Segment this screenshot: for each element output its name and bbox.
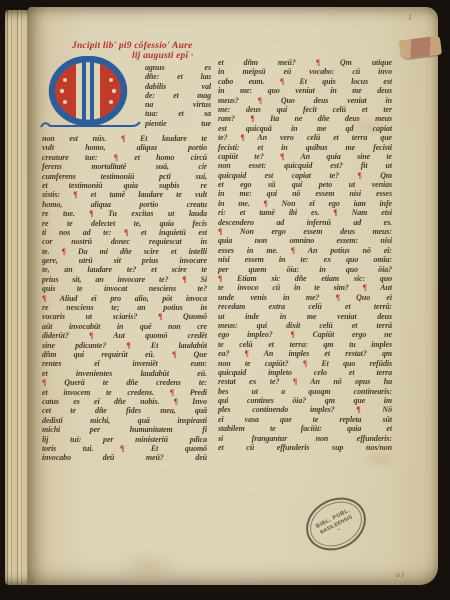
text-line: et testimoniū quia supbis re <box>42 181 207 190</box>
text-line: toris tui. ¶ Et quomō <box>42 444 207 453</box>
text-column-left: non est nūs. ¶ Et laudare tevult homo, a… <box>42 134 207 463</box>
text-line: te, an laudare te? et scire te <box>42 265 207 274</box>
text-line: et dñm meū? ¶ Qm utique <box>218 58 392 67</box>
parchment-page: 1 Jncipit lib' pi9 cōfessio' Aure lij au… <box>28 7 438 585</box>
quire-signature: a1 <box>396 570 406 579</box>
text-line: capiūt te? ¶ An quia sine te <box>218 152 392 161</box>
text-line: re tue. ¶ Tu excitas ut lauda <box>42 209 207 218</box>
text-line: re te delectet te, quia fecis <box>42 219 207 228</box>
text-line: ea? ¶ An imples et restat? qm <box>218 349 392 358</box>
text-line: in me: quo veniat in me deus <box>218 86 392 95</box>
text-line: michi per humanitatem fi <box>42 425 207 434</box>
text-line: catus es eī dñe nobis. ¶ Invo <box>42 397 207 406</box>
text-line: per quem ōia: in quo ōia? <box>218 265 392 274</box>
text-line: et invocem te credens. ¶ Predi <box>42 388 207 397</box>
text-line: eī vasa que te repleta sūt <box>218 415 392 424</box>
text-line: diderūt? ¶ Aut quomō credēt <box>42 331 207 340</box>
text-line: quicquid impleto celo et terra <box>218 368 392 377</box>
text-line: re nesciens te; an potius in <box>42 303 207 312</box>
text-line: aūt invocabūt in quē non cre <box>42 322 207 331</box>
text-line: dñe: et lau <box>145 72 211 81</box>
text-line: non esset: quicquid est? fit ut <box>218 161 392 170</box>
text-line: pientie tue <box>145 119 211 128</box>
text-line: cor nostrū donec requiescat in <box>42 237 207 246</box>
text-line: non te capiūt? ¶ Et quo refūdis <box>218 359 392 368</box>
text-line: ¶ Aliud eī pro alio, pōt invoca <box>42 294 207 303</box>
text-line: de: et mag <box>145 91 211 100</box>
text-line: bes ut a quoqm continearis: <box>218 387 392 396</box>
text-line: est quicquā in me qd capiat <box>218 124 392 133</box>
text-line: creature tue: ¶ et homo circū <box>42 153 207 162</box>
text-line: na virtus <box>145 100 211 109</box>
text-line: et cū effunderis sup nos/non <box>218 443 392 452</box>
text-line: invocabo deū meū? deū <box>42 453 207 462</box>
text-line: dedisti michi, quā inspirasti <box>42 416 207 425</box>
text-line: agnus es <box>145 63 211 72</box>
text-line: stabilem te faciūt: quia et <box>218 424 392 433</box>
text-line: te invoco cū in te sim? ¶ Aut <box>218 283 392 292</box>
text-line: homo, aliqua portio creatu <box>42 200 207 209</box>
text-line: ¶ Querā te dñe credens te: <box>42 378 207 387</box>
text-line: descendero ad infernū ad es. <box>218 218 392 227</box>
text-line: te celū et terra: qm tu imples <box>218 340 392 349</box>
text-line: meus? ¶ Quo deus veniat in <box>218 96 392 105</box>
text-line: quia non omnino essem: nisi <box>218 236 392 245</box>
text-line: ples continendo imples? ¶ Nō <box>218 405 392 414</box>
rubric-line-1: Jncipit lib' pi9 cōfessio' Aure <box>72 41 192 51</box>
text-line: ¶ Etiam sic dñe etiam sic: quo <box>218 274 392 283</box>
text-line: in me. ¶ Non eī ego iam infe <box>218 199 392 208</box>
text-line: et ego sū qui peto ut venias <box>218 180 392 189</box>
text-line: dñm qui requirūt eū. ¶ Que <box>42 350 207 359</box>
text-line: quicquid est capiat te? ¶ Qm <box>218 171 392 180</box>
text-line: ego impleo? ¶ Capiūt ergo ne <box>218 330 392 339</box>
text-line: te? ¶ An vero celū et terra que <box>218 133 392 142</box>
library-stamp: BIBL. PUBL. BASILEENSIS ~ <box>297 488 375 561</box>
text-line: meus: qui dixit celū et terrā <box>218 321 392 330</box>
text-column-left-indent: agnus esdñe: et laudabilis valde: et mag… <box>145 63 211 128</box>
text-line: ut inde in me veniat deus <box>218 312 392 321</box>
text-line: tua: et sa <box>145 109 211 118</box>
text-line: ri: et tamē ibi es. ¶ Nam etsi <box>218 208 392 217</box>
text-line: nisi essem in te: ex quo omīa: <box>218 255 392 264</box>
text-line: sistis: ¶ et tamē laudare te vult <box>42 190 207 199</box>
text-line: cabo eum. ¶ Et quis locus est <box>218 77 392 86</box>
text-line: rentes eī inveniēt eum: <box>42 359 207 368</box>
text-line: unde venis in me? ¶ Quo eī <box>218 293 392 302</box>
text-column-right: et dñm meū? ¶ Qm utiquein meipsū eū voca… <box>218 58 392 452</box>
text-line: esses in me. ¶ An potius nō eī: <box>218 246 392 255</box>
text-line: vult homo, aliqua portio <box>42 143 207 152</box>
text-line: qui contines ōia? qm que im <box>218 396 392 405</box>
illuminated-initial-m-icon <box>38 56 142 134</box>
text-line: si frangantur non effunderis: <box>218 434 392 443</box>
text-line: in meipsū eū vocabo: cū invo <box>218 67 392 76</box>
text-line: ¶ Non ergo essem deus meus: <box>218 227 392 236</box>
text-line: te. ¶ Da mi dñe scire et intelli <box>42 247 207 256</box>
text-line: restat ex te? ¶ An nō opus ha <box>218 377 392 386</box>
text-line: vocaris ut sciaris? ¶ Quomō <box>42 312 207 321</box>
text-line: gere, utrū sit prius invocare <box>42 256 207 265</box>
text-line: ram? ¶ Ita ne dñe deus meus <box>218 114 392 123</box>
text-line: cet te dñe fides mea, quā <box>42 406 207 415</box>
stamp-ornament: ~ <box>337 528 342 533</box>
folio-number-top: 1 <box>408 13 412 22</box>
text-line: fecisti: et in quibus me fecisti <box>218 143 392 152</box>
text-line: in me: qui nō essem nisi esses <box>218 189 392 198</box>
text-line: cumferens testimoniū pcti sui, <box>42 172 207 181</box>
text-line: recedam extra celū et terrā: <box>218 302 392 311</box>
text-line: et invenientes laudabūt eū. <box>42 369 207 378</box>
repair-patch <box>399 36 442 60</box>
text-line: dabilis val <box>145 82 211 91</box>
text-line: prius sit, an invocare te? ¶ Si <box>42 275 207 284</box>
text-line: quis te invocat nesciens te? <box>42 284 207 293</box>
text-line: ti nos ad te: ¶ et inquietū est <box>42 228 207 237</box>
text-line: sine pdicante? ¶ Et laudabūt <box>42 341 207 350</box>
text-line: lij tui: per ministeriū pdica <box>42 435 207 444</box>
text-line: ferens mortalitatē suā, cir <box>42 162 207 171</box>
text-line: non est nūs. ¶ Et laudare te <box>42 134 207 143</box>
text-line: me: deus qui fecit celū et ter <box>218 105 392 114</box>
